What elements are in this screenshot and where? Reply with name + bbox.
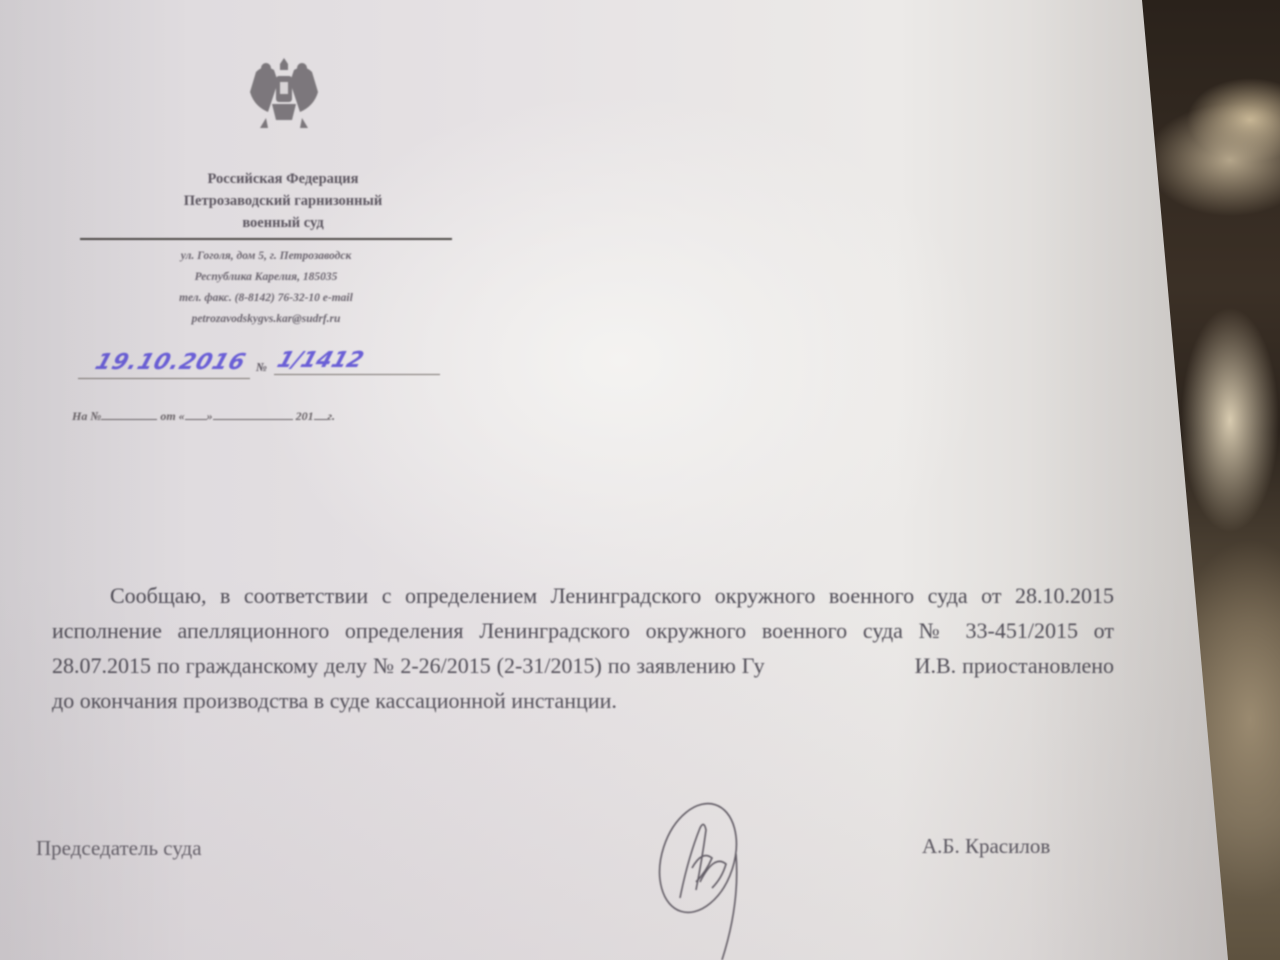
header-line-court-type: военный суд bbox=[108, 212, 458, 234]
reference-day-blank bbox=[185, 408, 207, 420]
reference-number-blank bbox=[101, 408, 157, 420]
reference-prefix: На № bbox=[72, 409, 101, 423]
reference-year: 201 bbox=[296, 409, 314, 423]
header-divider bbox=[80, 238, 452, 240]
registration-number: 1/1412 bbox=[274, 348, 367, 373]
court-name-block: Российская Федерация Петрозаводский гарн… bbox=[108, 168, 458, 234]
registration-date: 19.10.2016 bbox=[92, 350, 249, 375]
address-street: ул. Гоголя, дом 5, г. Петрозаводск bbox=[96, 246, 436, 267]
reference-quote-close: » bbox=[207, 409, 213, 423]
date-underline bbox=[78, 378, 250, 379]
reference-year-suffix: г. bbox=[328, 409, 335, 423]
court-address-block: ул. Гоголя, дом 5, г. Петрозаводск Респу… bbox=[96, 246, 436, 330]
body-text-part2: И.В. приостановлено до окончания произво… bbox=[52, 653, 1114, 713]
signoff-title: Председатель суда bbox=[36, 836, 202, 861]
document-page: Российская Федерация Петрозаводский гарн… bbox=[0, 0, 1280, 960]
coat-of-arms-icon bbox=[236, 52, 332, 132]
letter-body: Сообщаю, в соответствии с определением Л… bbox=[52, 578, 1114, 718]
signature-icon bbox=[640, 788, 790, 960]
number-underline bbox=[274, 374, 440, 375]
signatory-name: А.Б. Красилов bbox=[922, 834, 1050, 859]
header-line-country: Российская Федерация bbox=[108, 168, 458, 190]
body-text-part1: Сообщаю, в соответствии с определением Л… bbox=[52, 583, 1114, 678]
registration-row: 19.10.2016 № 1/1412 bbox=[78, 346, 444, 386]
header-line-court: Петрозаводский гарнизонный bbox=[108, 190, 458, 212]
address-phone: тел. факс. (8-8142) 76-32-10 e-mail bbox=[96, 288, 436, 309]
reference-row: На № от «» 201г. bbox=[72, 408, 452, 424]
reference-month-blank bbox=[213, 408, 293, 420]
reference-year-blank bbox=[314, 408, 328, 420]
address-region: Республика Карелия, 185035 bbox=[96, 267, 436, 288]
address-email: petrozavodskygvs.kar@sudrf.ru bbox=[96, 309, 436, 330]
redacted-name bbox=[765, 655, 915, 681]
registration-number-label: № bbox=[256, 360, 267, 375]
reference-from: от « bbox=[160, 409, 184, 423]
